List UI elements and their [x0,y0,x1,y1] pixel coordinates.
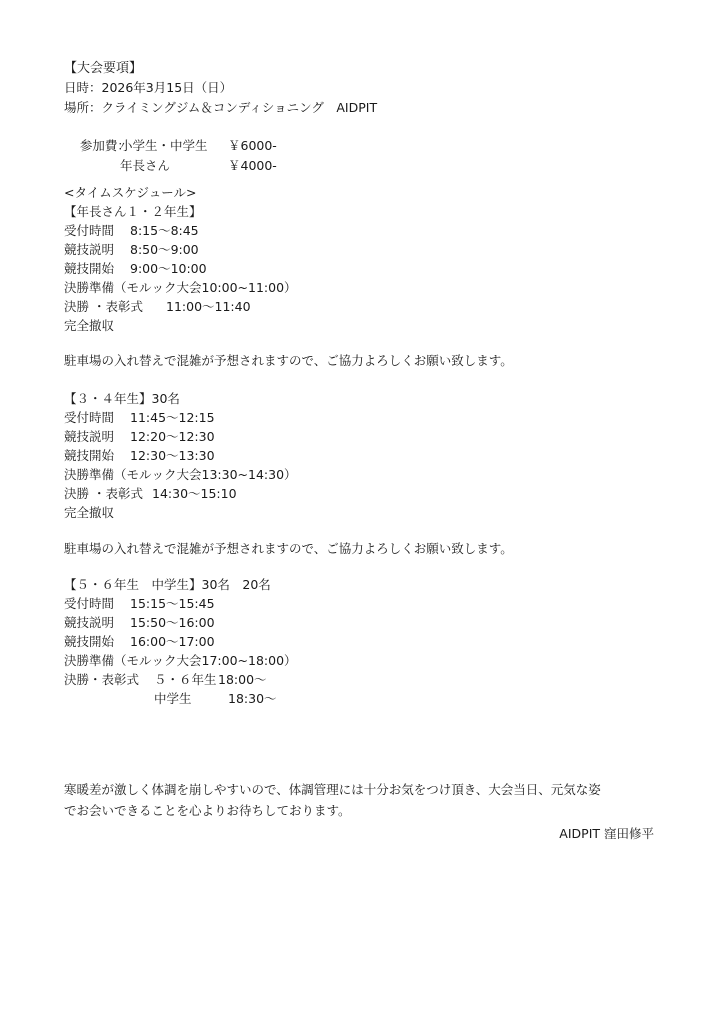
finals-time: 18:00〜 [218,671,267,689]
schedule-item: 競技説明8:50〜9:00 [64,241,114,259]
schedule-item: 決勝準備（モルック大会17:00~18:00） [64,652,297,670]
schedule-item: 競技説明12:20〜12:30 [64,428,114,446]
schedule-item: 決勝・表彰式５・６年生18:00〜 [64,671,139,689]
item-time: 15:50〜16:00 [130,614,215,632]
overview-title: 【大会要項】 [64,60,142,78]
finals-group: ５・６年生 [154,671,217,689]
item-time: 15:15〜15:45 [130,595,215,613]
event-venue: 場所：クライミングジム＆コンディショニング AIDPIT [64,99,377,117]
schedule-item: 決勝準備（モルック大会10:00~11:00） [64,279,297,297]
schedule-item: 決勝 ・表彰式11:00〜11:40 [64,298,143,316]
item-label: 競技開始 [64,261,114,276]
item-label: 競技説明 [64,615,114,630]
item-time: 16:00〜17:00 [130,633,215,651]
event-date: 日時：2026年3月15日（日） [64,79,232,97]
parking-note: 駐車場の入れ替えで混雑が予想されますので、ご協力よろしくお願い致します。 [64,352,513,370]
item-label: 競技説明 [64,429,114,444]
item-label: 受付時間 [64,410,114,425]
fee-group: 年長さん [120,157,170,175]
fee-price: ￥4000- [228,157,277,175]
item-label: 競技説明 [64,242,114,257]
fee-price: ￥6000- [228,137,277,155]
schedule-item: 競技開始9:00〜10:00 [64,260,114,278]
item-label: 受付時間 [64,223,114,238]
schedule-item: 受付時間11:45〜12:15 [64,409,114,427]
schedule-item: 完全撤収 [64,317,114,335]
schedule-item: 完全撤収 [64,504,114,522]
item-label: 決勝準備（モルック大会10:00~11:00） [64,280,297,295]
schedule-heading: <タイムスケジュール> [64,184,196,202]
item-time: 12:30〜13:30 [130,447,215,465]
item-label: 完全撤収 [64,505,114,520]
item-label: 決勝・表彰式 [64,672,139,687]
item-label: 完全撤収 [64,318,114,333]
item-time: 8:50〜9:00 [130,241,199,259]
item-time: 14:30〜15:10 [152,485,237,503]
item-time: 11:45〜12:15 [130,409,215,427]
schedule-item: 競技開始16:00〜17:00 [64,633,114,651]
closing-text-line1: 寒暖差が激しく体調を崩しやすいので、体調管理には十分お気をつけ頂き、大会当日、元… [64,781,601,799]
item-label: 決勝 ・表彰式 [64,486,143,501]
item-time: 8:15〜8:45 [130,222,199,240]
parking-note: 駐車場の入れ替えで混雑が予想されますので、ご協力よろしくお願い致します。 [64,540,513,558]
schedule-item: 競技説明15:50〜16:00 [64,614,114,632]
item-time: 9:00〜10:00 [130,260,207,278]
schedule-item: 決勝準備（モルック大会13:30~14:30） [64,466,297,484]
item-label: 競技開始 [64,448,114,463]
signature: AIDPIT 窪田修平 [559,824,654,842]
finals-group: 中学生 [154,690,192,708]
item-time: 11:00〜11:40 [166,298,251,316]
item-time: 12:20〜12:30 [130,428,215,446]
finals-time: 18:30〜 [228,690,277,708]
item-label: 競技開始 [64,634,114,649]
item-label: 決勝準備（モルック大会13:30~14:30） [64,467,297,482]
schedule-item: 受付時間15:15〜15:45 [64,595,114,613]
fee-group: 小学生・中学生 [120,137,208,155]
closing-text-line2: でお会いできることを心よりお待ちしております。 [64,802,351,820]
group-heading: 【３・４年生】30名 [64,390,180,408]
group-heading: 【５・６年生 中学生】30名 20名 [64,576,271,594]
schedule-item: 受付時間8:15〜8:45 [64,222,114,240]
schedule-item: 競技開始12:30〜13:30 [64,447,114,465]
item-label: 決勝 ・表彰式 [64,299,143,314]
item-label: 受付時間 [64,596,114,611]
group-heading: 【年長さん１・２年生】 [64,203,202,221]
item-label: 決勝準備（モルック大会17:00~18:00） [64,653,297,668]
schedule-item: 決勝 ・表彰式14:30〜15:10 [64,485,143,503]
